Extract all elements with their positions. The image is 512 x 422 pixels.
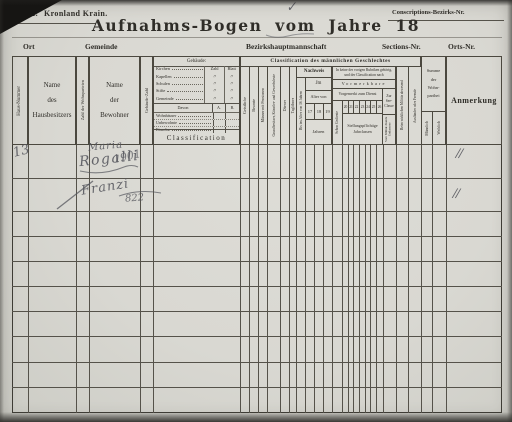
scanned-census-form: Nr. 1. Kronland Krain. Conscriptions-Bez…: [0, 0, 512, 422]
handwriting-flourishes: [0, 0, 512, 422]
paper-sheet: Nr. 1. Kronland Krain. Conscriptions-Bez…: [0, 0, 512, 422]
scan-edge-right: [507, 0, 512, 422]
scan-edge-top: [0, 0, 512, 6]
franzi-leadin-stroke: [57, 181, 93, 209]
rogalli-flourish: [80, 166, 138, 173]
row2-note-overbar: [119, 192, 161, 196]
title-flourish: [266, 34, 314, 38]
scan-edge-bottom: [0, 412, 512, 422]
scan-edge-left: [0, 0, 4, 422]
